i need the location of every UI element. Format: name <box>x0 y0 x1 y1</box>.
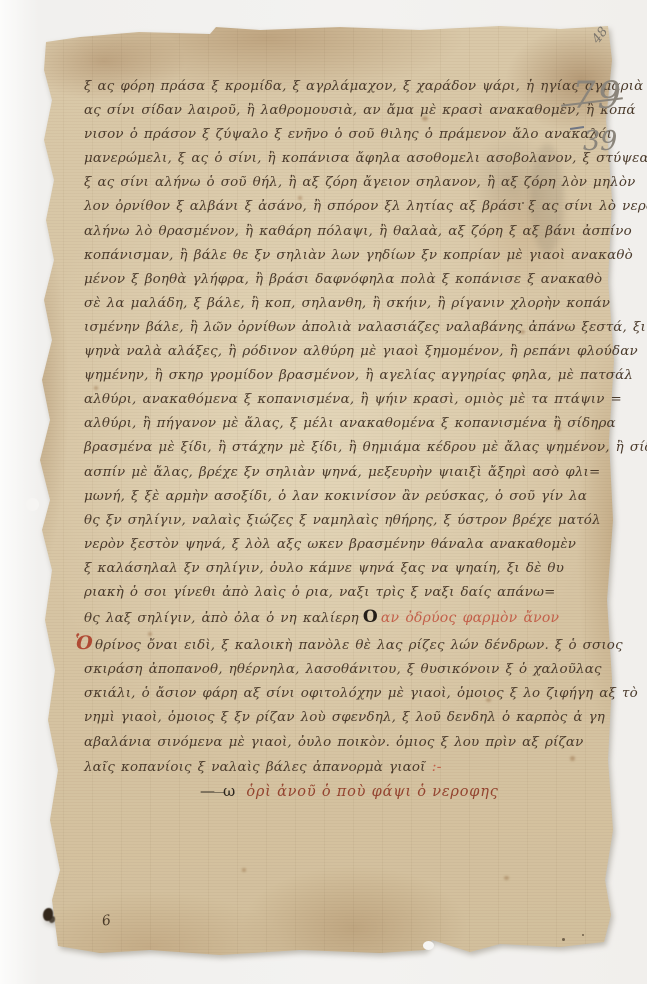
ink-blot <box>49 916 55 923</box>
text-segment: ψημένην, ἢ σκηρ γρομίδον βρασμένον, ἢ αγ… <box>84 368 633 383</box>
manuscript-line: αλθύρι, ἢ πήγανον μὲ ἄλας, ξ μέλι ανακαθ… <box>84 412 584 436</box>
manuscript-line: νερὸν ξεστὸν ψηνά, ξ λὸλ αξς ωκεν βρασμέ… <box>84 533 584 557</box>
manuscript-line: βρασμένα μὲ ξίδι, ἢ στάχην μὲ ξίδι, ἢ θη… <box>84 436 584 460</box>
manuscript-line: ξ ας σίνι αλήνω ὁ σοῦ θήλ, ἢ αξ ζόρη ἄγε… <box>84 171 584 195</box>
manuscript-line: νισον ὁ πράσον ξ ζύψαλο ξ ενῆνο ὁ σοῦ θι… <box>84 123 584 147</box>
manuscript-line: αλήνω λὸ θρασμένον, ἢ καθάρη πόλαψι, ἢ θ… <box>84 220 584 244</box>
text-segment: μένον ξ βοηθὰ γλήφρα, ἢ βράσι δαφνόφηλα … <box>84 272 602 287</box>
text-segment: αβαλάνια σινόμενα μὲ γιαοὶ, ὀυλο ποικὸν.… <box>84 735 584 750</box>
new-folio-number: 39 <box>583 126 617 157</box>
text-segment: ξ καλάσηλαλ ξν σηλίγιν, ὀυλο κάμνε ψηνά … <box>84 561 564 576</box>
text-segment: σκιάλι, ὁ ἄσιον φάρη αξ σίνι οφιτολόχην … <box>84 686 638 701</box>
text-segment: λον ὀρνίθον ξ αλβάνι ξ ἀσάνο, ἢ σπόρον ξ… <box>84 199 647 214</box>
text-segment: αλθύρι, ἢ πήγανον μὲ ἄλας, ξ μέλι ανακαθ… <box>84 416 616 431</box>
manuscript-text-block: ξ ας φόρη πράσα ξ κρομίδα, ξ αγρλάμαχον,… <box>84 75 584 780</box>
text-segment: ψηνὰ ναλὰ αλάξες, ἢ ρόδινον αλθύρη μὲ γι… <box>84 344 638 359</box>
manuscript-line: θς λαξ σηλίγιν, ἀπὸ ὀλα ὁ νη καλίερηΟαν … <box>84 605 584 631</box>
manuscript-line: νημὶ γιαοὶ, ὁμοιος ξ ξν ρίζαν λοὺ σφενδη… <box>84 706 584 730</box>
scribal-flourish-icon: —⏤ω <box>200 782 233 800</box>
manuscript-line: αλθύρι, ανακαθόμενα ξ κοπανισμένα, ἢ ψήι… <box>84 388 584 412</box>
manuscript-line: σκιράση ἀποπανοθ, ηθέρνηλα, λασοθάνιτου,… <box>84 658 584 682</box>
manuscript-line: ψημένην, ἢ σκηρ γρομίδον βρασμένον, ἢ αγ… <box>84 364 584 388</box>
rubric-segment: :- <box>426 759 442 775</box>
torn-edge-notch <box>423 941 434 950</box>
text-segment: ασπίν μὲ ἄλας, βρέχε ξν σηλιὰν ψηνά, μεξ… <box>84 465 600 480</box>
text-segment: σκιράση ἀποπανοθ, ηθέρνηλα, λασοθάνιτου,… <box>84 662 602 677</box>
manuscript-line: αβαλάνια σινόμενα μὲ γιαοὶ, ὀυλο ποικὸν.… <box>84 731 584 755</box>
torn-edge-notch <box>26 498 39 511</box>
manuscript-line: Ὁθρίνος ὄναι ειδὶ, ξ καλοικὴ πανὸλε θὲ λ… <box>84 631 584 658</box>
text-segment: λαῖς κοπανίοις ξ ναλαὶς βάλες ἀπανορμὰ γ… <box>84 760 426 775</box>
initial-red-segment: Ὁ <box>75 632 95 654</box>
text-segment: ισμένην βάλε, ἢ λῶν ὀρνίθων ἀπολιὰ ναλασ… <box>84 320 646 335</box>
manuscript-line: λον ὀρνίθον ξ αλβάνι ξ ἀσάνο, ἢ σπόρον ξ… <box>84 195 584 219</box>
foxing-spot <box>242 868 246 872</box>
manuscript-line: λαῖς κοπανίοις ξ ναλαὶς βάλες ἀπανορμὰ γ… <box>84 755 584 780</box>
manuscript-line: μωνή, ξ ξὲ αρμὴν ασοξίδι, ὁ λαν κοκινίσο… <box>84 485 584 509</box>
text-segment: νερὸν ξεστὸν ψηνά, ξ λὸλ αξς ωκεν βρασμέ… <box>84 537 576 552</box>
foxing-spot <box>504 876 509 880</box>
text-segment: μωνή, ξ ξὲ αρμὴν ασοξίδι, ὁ λαν κοκινίσο… <box>84 489 587 504</box>
ink-speck <box>562 938 565 941</box>
manuscript-line: σκιάλι, ὁ ἄσιον φάρη αξ σίνι οφιτολόχην … <box>84 682 584 706</box>
manuscript-line: μένον ξ βοηθὰ γλήφρα, ἢ βράσι δαφνόφηλα … <box>84 268 584 292</box>
old-folio-number: 79 <box>572 74 623 117</box>
manuscript-line: ξ ας φόρη πράσα ξ κρομίδα, ξ αγρλάμαχον,… <box>84 75 584 99</box>
manuscript-line: ξ καλάσηλαλ ξν σηλίγιν, ὀυλο κάμνε ψηνά … <box>84 557 584 581</box>
text-segment: ριακὴ ὁ σοι γίνεθι ἀπὸ λαὶς ὁ ρια, ναξι … <box>84 585 556 600</box>
text-segment: θρίνος ὄναι ειδὶ, ξ καλοικὴ πανὸλε θὲ λα… <box>95 638 623 653</box>
text-segment: θς λαξ σηλίγιν, ἀπὸ ὀλα ὁ νη καλίερη <box>84 611 359 626</box>
initial-black-segment: Ο <box>359 607 381 627</box>
colophon-line: —⏤ω ὁρὶ ἀνοῦ ὁ ποὺ φάψι ὁ νεροφης <box>200 781 499 800</box>
manuscript-line: ριακὴ ὁ σοι γίνεθι ἀπὸ λαὶς ὁ ρια, ναξι … <box>84 581 584 605</box>
text-segment: κοπάνισμαν, ἢ βάλε θε ξν σηλιὰν λων γηδί… <box>84 248 633 263</box>
text-segment: βρασμένα μὲ ξίδι, ἢ στάχην μὲ ξίδι, ἢ θη… <box>84 440 647 455</box>
text-segment: θς ξν σηλίγιν, ναλαὶς ξιώζες ξ ναμηλαὶς … <box>84 513 601 528</box>
text-segment: αλθύρι, ανακαθόμενα ξ κοπανισμένα, ἢ ψήι… <box>84 392 622 407</box>
manuscript-line: ας σίνι σίδαν λαιροῦ, ἢ λαθρομουσιὰ, αν … <box>84 99 584 123</box>
text-segment: νισον ὁ πράσον ξ ζύψαλο ξ ενῆνο ὁ σοῦ θι… <box>84 127 612 142</box>
manuscript-line: κοπάνισμαν, ἢ βάλε θε ξν σηλιὰν λων γηδί… <box>84 244 584 268</box>
text-segment: ξ ας σίνι αλήνω ὁ σοῦ θήλ, ἢ αξ ζόρη ἄγε… <box>84 175 635 190</box>
ink-speck <box>582 934 584 936</box>
foxing-spot <box>608 598 613 603</box>
manuscript-line: ασπίν μὲ ἄλας, βρέχε ξν σηλιὰν ψηνά, μεξ… <box>84 461 584 485</box>
text-segment: ξ ας φόρη πράσα ξ κρομίδα, ξ αγρλάμαχον,… <box>84 79 643 94</box>
rubric-segment: αν ὀδρύος φαρμὸν ἄνον <box>381 610 559 626</box>
manuscript-line: σὲ λα μαλάδη, ξ βάλε, ἢ κοπ, σηλανθη, ἢ … <box>84 292 584 316</box>
manuscript-line: ισμένην βάλε, ἢ λῶν ὀρνίθων ἀπολιὰ ναλασ… <box>84 316 584 340</box>
text-segment: ας σίνι σίδαν λαιροῦ, ἢ λαθρομουσιὰ, αν … <box>84 103 636 118</box>
colophon-text: ὁρὶ ἀνοῦ ὁ ποὺ φάψι ὁ νεροφης <box>246 784 498 800</box>
manuscript-line: ψηνὰ ναλὰ αλάξες, ἢ ρόδινον αλθύρη μὲ γι… <box>84 340 584 364</box>
text-segment: αλήνω λὸ θρασμένον, ἢ καθάρη πόλαψι, ἢ θ… <box>84 224 632 239</box>
manuscript-line: μανερώμελι, ξ ας ὁ σίνι, ἢ κοπάνισα ἄφηλ… <box>84 147 584 171</box>
manuscript-line: θς ξν σηλίγιν, ναλαὶς ξιώζες ξ ναμηλαὶς … <box>84 509 584 533</box>
text-segment: μανερώμελι, ξ ας ὁ σίνι, ἢ κοπάνισα ἄφηλ… <box>84 151 647 166</box>
text-segment: νημὶ γιαοὶ, ὁμοιος ξ ξν ρίζαν λοὺ σφενδη… <box>84 710 605 725</box>
text-segment: σὲ λα μαλάδη, ξ βάλε, ἢ κοπ, σηλανθη, ἢ … <box>84 296 610 311</box>
